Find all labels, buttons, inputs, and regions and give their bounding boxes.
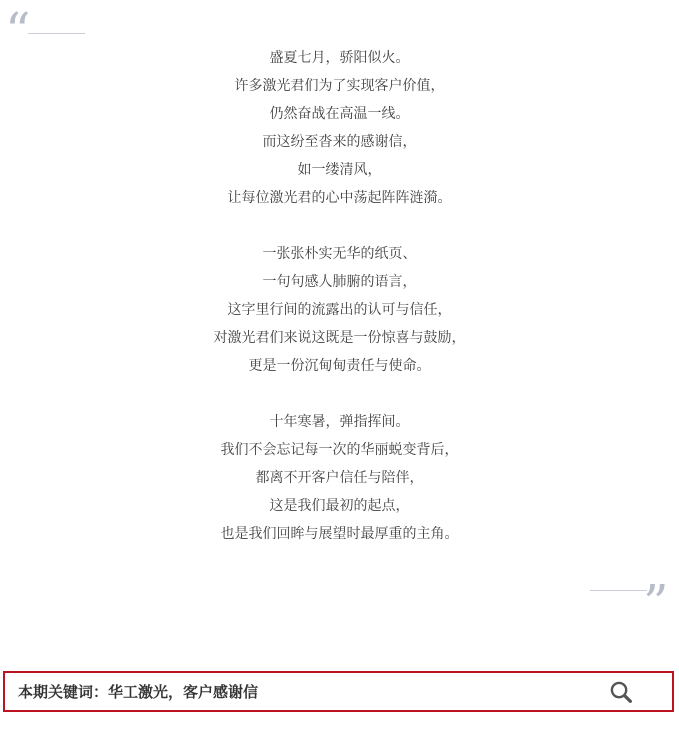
poem-line: 对激光君们来说这既是一份惊喜与鼓励，: [0, 324, 679, 352]
search-icon[interactable]: [608, 679, 634, 705]
keyword-label: 本期关键词：华工激光，客户感谢信: [18, 681, 258, 702]
quote-divider-bottom: [590, 590, 647, 591]
poem-stanza: 十年寒暑，弹指挥间。我们不会忘记每一次的华丽蜕变背后，都离不开客户信任与陪伴，这…: [0, 408, 679, 548]
poem-line: 更是一份沉甸甸责任与使命。: [0, 352, 679, 380]
article-page: “ 盛夏七月，骄阳似火。许多激光君们为了实现客户价值，仍然奋战在高温一线。而这纷…: [0, 0, 679, 736]
poem-line: 也是我们回眸与展望时最厚重的主角。: [0, 520, 679, 548]
poem-stanza: 盛夏七月，骄阳似火。许多激光君们为了实现客户价值，仍然奋战在高温一线。而这纷至沓…: [0, 44, 679, 212]
poem-line: 许多激光君们为了实现客户价值，: [0, 72, 679, 100]
poem-line: 如一缕清风，: [0, 156, 679, 184]
poem-line: 我们不会忘记每一次的华丽蜕变背后，: [0, 436, 679, 464]
poem-line: 而这纷至沓来的感谢信，: [0, 128, 679, 156]
poem-line: 这字里行间的流露出的认可与信任，: [0, 296, 679, 324]
poem: 盛夏七月，骄阳似火。许多激光君们为了实现客户价值，仍然奋战在高温一线。而这纷至沓…: [0, 44, 679, 576]
poem-line: 都离不开客户信任与陪伴，: [0, 464, 679, 492]
closing-quote-icon: ”: [643, 578, 665, 628]
poem-stanza: 一张张朴实无华的纸页、一句句感人肺腑的语言，这字里行间的流露出的认可与信任，对激…: [0, 240, 679, 380]
poem-line: 十年寒暑，弹指挥间。: [0, 408, 679, 436]
quote-divider-top: [28, 33, 85, 34]
poem-line: 一张张朴实无华的纸页、: [0, 240, 679, 268]
poem-line: 盛夏七月，骄阳似火。: [0, 44, 679, 72]
poem-line: 让每位激光君的心中荡起阵阵涟漪。: [0, 184, 679, 212]
poem-line: 一句句感人肺腑的语言，: [0, 268, 679, 296]
poem-line: 这是我们最初的起点，: [0, 492, 679, 520]
poem-line: 仍然奋战在高温一线。: [0, 100, 679, 128]
keyword-bar[interactable]: 本期关键词：华工激光，客户感谢信: [3, 671, 674, 712]
